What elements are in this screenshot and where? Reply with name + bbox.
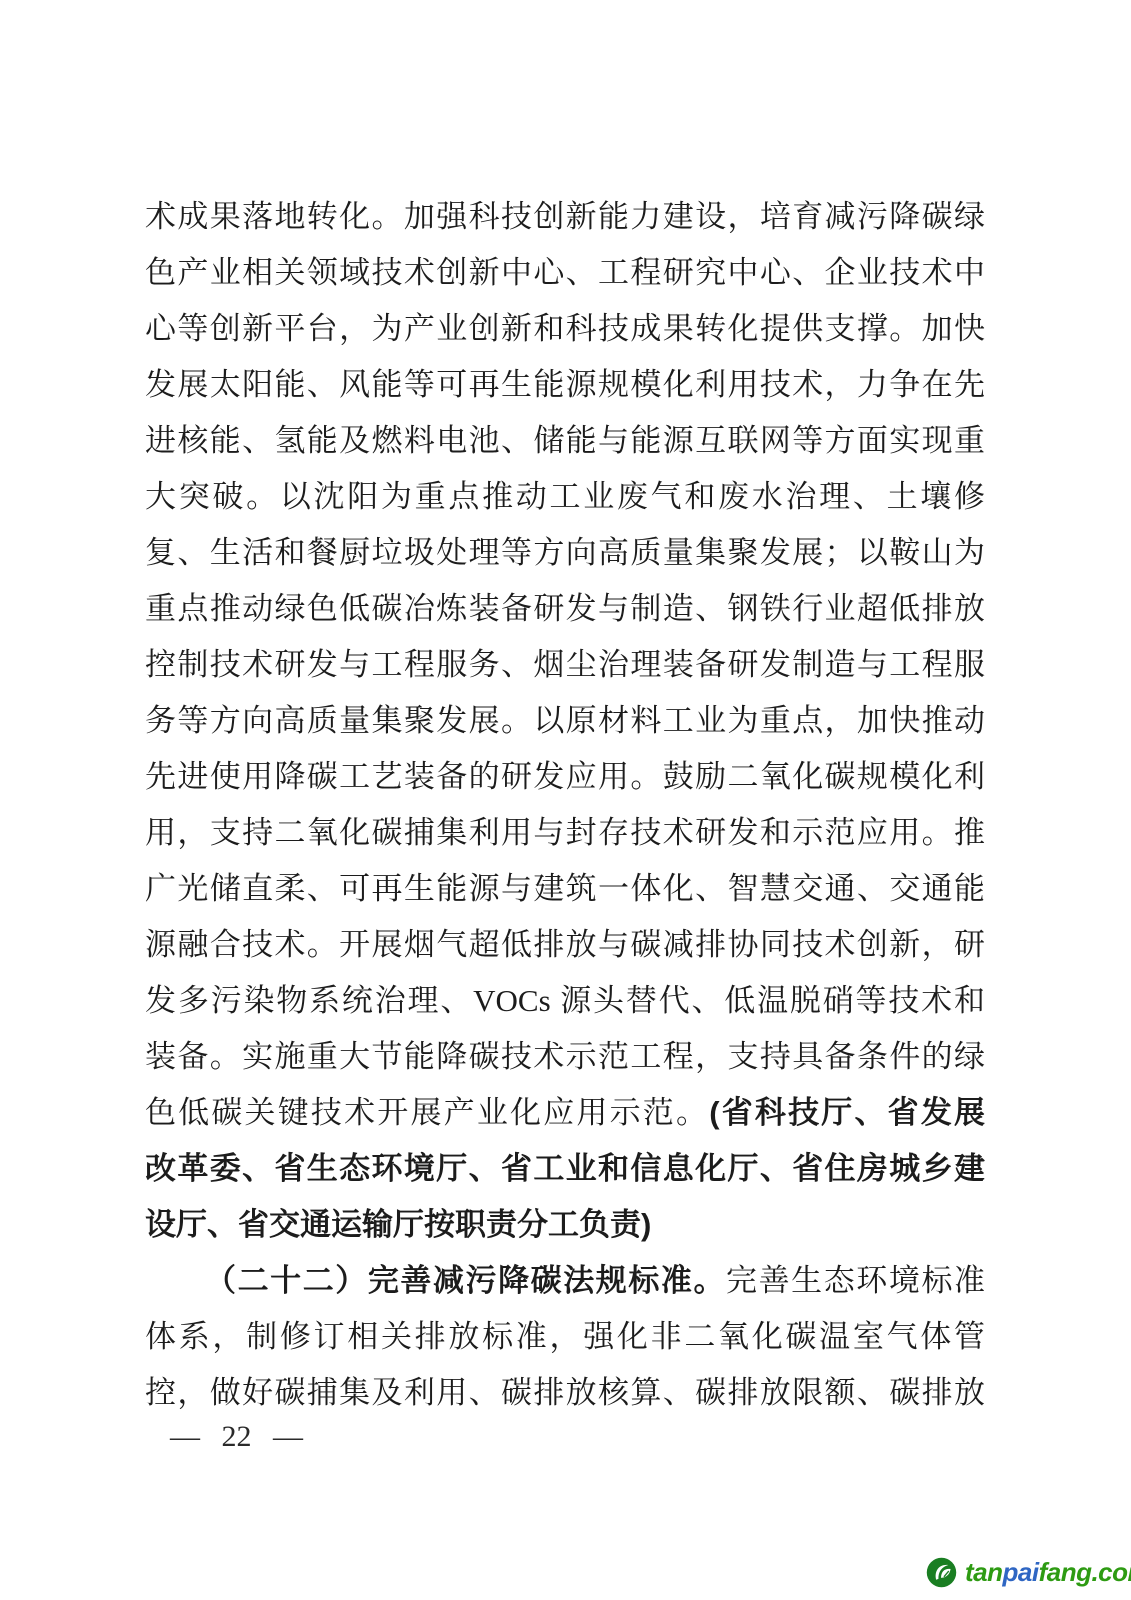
text-line: 术成果落地转化。加强科技创新能力建设，培育减污降碳绿 <box>145 189 985 245</box>
text-segment-body: 进核能、氢能及燃料电池、储能与能源互联网等方面实现重 <box>145 423 985 458</box>
text-line: 复、生活和餐厨垃圾处理等方向高质量集聚发展；以鞍山为 <box>145 525 985 581</box>
text-line: 广光储直柔、可再生能源与建筑一体化、智慧交通、交通能 <box>145 861 985 917</box>
text-line: 重点推动绿色低碳冶炼装备研发与制造、钢铁行业超低排放 <box>145 581 985 637</box>
text-segment-body: 大突破。以沈阳为重点推动工业废气和废水治理、土壤修 <box>145 479 985 514</box>
document-body: 术成果落地转化。加强科技创新能力建设，培育减污降碳绿色产业相关领域技术创新中心、… <box>145 189 985 1421</box>
text-segment-body: 用，支持二氧化碳捕集利用与封存技术研发和示范应用。推 <box>145 815 985 850</box>
text-line: 进核能、氢能及燃料电池、储能与能源互联网等方面实现重 <box>145 413 985 469</box>
text-line: （二十二）完善减污降碳法规标准。完善生态环境标准 <box>145 1253 985 1309</box>
text-segment-body: 色产业相关领域技术创新中心、工程研究中心、企业技术中 <box>145 255 985 290</box>
text-segment-body: 先进使用降碳工艺装备的研发应用。鼓励二氧化碳规模化利 <box>145 759 985 794</box>
text-segment-body: 发展太阳能、风能等可再生能源规模化利用技术，力争在先 <box>145 367 985 402</box>
text-line: 先进使用降碳工艺装备的研发应用。鼓励二氧化碳规模化利 <box>145 749 985 805</box>
text-segment-body: 完善生态环境标准 <box>726 1263 985 1298</box>
text-segment-body: 术成果落地转化。加强科技创新能力建设，培育减污降碳绿 <box>145 199 985 234</box>
site-logo: tanpaifang.com <box>926 1557 1131 1588</box>
site-logo-text: tanpaifang.com <box>965 1557 1131 1588</box>
text-line: 装备。实施重大节能降碳技术示范工程，支持具备条件的绿 <box>145 1029 985 1085</box>
text-segment-body: 控，做好碳捕集及利用、碳排放核算、碳排放限额、碳排放 <box>145 1375 985 1410</box>
text-segment-body: 心等创新平台，为产业创新和科技成果转化提供支撑。加快 <box>145 311 985 346</box>
text-line: 改革委、省生态环境厅、省工业和信息化厅、省住房城乡建 <box>145 1141 985 1197</box>
text-line: 大突破。以沈阳为重点推动工业废气和废水治理、土壤修 <box>145 469 985 525</box>
text-line: 控制技术研发与工程服务、烟尘治理装备研发制造与工程服 <box>145 637 985 693</box>
text-line: 发展太阳能、风能等可再生能源规模化利用技术，力争在先 <box>145 357 985 413</box>
page-number: — 22 — <box>170 1420 303 1454</box>
text-line: 发多污染物系统治理、VOCs 源头替代、低温脱硝等技术和 <box>145 973 985 1029</box>
text-line: 务等方向高质量集聚发展。以原材料工业为重点，加快推动 <box>145 693 985 749</box>
text-segment-hei: 设厅、省交通运输厅按职责分工负责) <box>145 1207 651 1242</box>
tanpaifang-leaf-icon <box>926 1557 957 1588</box>
text-segment-body: 发多污染物系统治理、VOCs 源头替代、低温脱硝等技术和 <box>145 983 985 1018</box>
text-line: 色产业相关领域技术创新中心、工程研究中心、企业技术中 <box>145 245 985 301</box>
text-segment-body: 色低碳关键技术开展产业化应用示范。 <box>145 1095 709 1130</box>
text-line: 源融合技术。开展烟气超低排放与碳减排协同技术创新，研 <box>145 917 985 973</box>
text-line: 控，做好碳捕集及利用、碳排放核算、碳排放限额、碳排放 <box>145 1365 985 1421</box>
text-segment-body: 装备。实施重大节能降碳技术示范工程，支持具备条件的绿 <box>145 1039 985 1074</box>
document-page: 术成果落地转化。加强科技创新能力建设，培育减污降碳绿色产业相关领域技术创新中心、… <box>0 0 1131 1600</box>
text-line: 体系，制修订相关排放标准，强化非二氧化碳温室气体管 <box>145 1309 985 1365</box>
text-segment-hei: (省科技厅、省发展 <box>709 1095 985 1130</box>
site-logo-text-part: fang.com <box>1039 1557 1131 1587</box>
text-segment-body: 务等方向高质量集聚发展。以原材料工业为重点，加快推动 <box>145 703 985 738</box>
text-line: 心等创新平台，为产业创新和科技成果转化提供支撑。加快 <box>145 301 985 357</box>
text-segment-kai: （二十二）完善减污降碳法规标准。 <box>205 1263 726 1298</box>
text-line: 用，支持二氧化碳捕集利用与封存技术研发和示范应用。推 <box>145 805 985 861</box>
text-line: 设厅、省交通运输厅按职责分工负责) <box>145 1197 985 1253</box>
text-segment-body: 重点推动绿色低碳冶炼装备研发与制造、钢铁行业超低排放 <box>145 591 985 626</box>
text-segment-body: 复、生活和餐厨垃圾处理等方向高质量集聚发展；以鞍山为 <box>145 535 985 570</box>
site-logo-text-part: tan <box>965 1557 1003 1587</box>
text-segment-body: 源融合技术。开展烟气超低排放与碳减排协同技术创新，研 <box>145 927 985 962</box>
site-logo-text-part: pai <box>1003 1557 1039 1587</box>
text-segment-body: 广光储直柔、可再生能源与建筑一体化、智慧交通、交通能 <box>145 871 985 906</box>
text-segment-hei: 改革委、省生态环境厅、省工业和信息化厅、省住房城乡建 <box>145 1151 985 1186</box>
text-line: 色低碳关键技术开展产业化应用示范。(省科技厅、省发展 <box>145 1085 985 1141</box>
text-segment-body: 控制技术研发与工程服务、烟尘治理装备研发制造与工程服 <box>145 647 985 682</box>
text-segment-body: 体系，制修订相关排放标准，强化非二氧化碳温室气体管 <box>145 1319 985 1354</box>
